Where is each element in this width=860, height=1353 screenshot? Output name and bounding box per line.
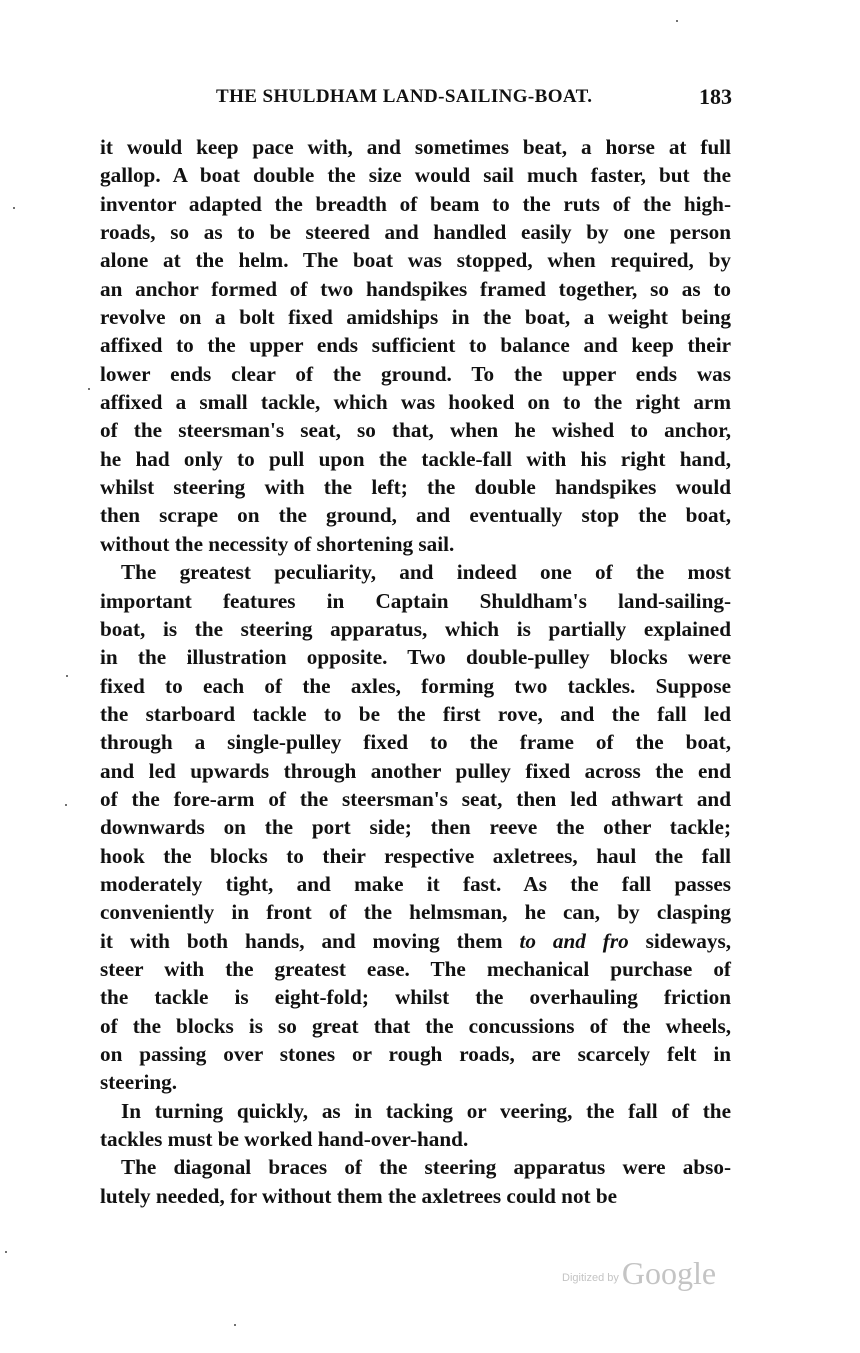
text-line: boat, is the steering apparatus, which i… xyxy=(100,615,731,643)
paragraph: The diagonal braces of the steering appa… xyxy=(100,1153,731,1210)
text-run: sideways, xyxy=(629,929,731,953)
text-line: whilst steering with the left; the doubl… xyxy=(100,473,731,501)
scan-speck xyxy=(234,1324,236,1326)
text-line: important features in Captain Shuldham's… xyxy=(100,587,731,615)
text-line: In turning quickly, as in tacking or vee… xyxy=(100,1097,731,1125)
scan-speck xyxy=(5,1251,7,1253)
text-run: it with both hands, and moving them xyxy=(100,929,519,953)
italic-text-run: to and fro xyxy=(519,929,628,953)
text-line: tackles must be worked hand-over-hand. xyxy=(100,1125,731,1153)
running-title: THE SHULDHAM LAND-SAILING-BOAT. xyxy=(216,86,592,108)
book-page: THE SHULDHAM LAND-SAILING-BOAT. 183 it w… xyxy=(0,0,860,1353)
digitized-by-google-watermark: Digitized byGoogle xyxy=(562,1255,716,1292)
text-line: The diagonal braces of the steering appa… xyxy=(100,1153,731,1181)
text-line: steering. xyxy=(100,1068,731,1096)
text-line: an anchor formed of two handspikes frame… xyxy=(100,275,731,303)
text-line: downwards on the port side; then reeve t… xyxy=(100,813,731,841)
body-text: it would keep pace with, and sometimes b… xyxy=(100,133,731,1210)
text-line: lutely needed, for without them the axle… xyxy=(100,1182,731,1210)
paragraph: The greatest peculiarity, and indeed one… xyxy=(100,558,731,1097)
text-line: steer with the greatest ease. The mechan… xyxy=(100,955,731,983)
google-logo-text: Google xyxy=(622,1255,716,1291)
text-line: it would keep pace with, and sometimes b… xyxy=(100,133,731,161)
text-line: then scrape on the ground, and eventuall… xyxy=(100,501,731,529)
text-line: of the fore-arm of the steersman's seat,… xyxy=(100,785,731,813)
text-line: in the illustration opposite. Two double… xyxy=(100,643,731,671)
text-line: of the blocks is so great that the concu… xyxy=(100,1012,731,1040)
paragraph: it would keep pace with, and sometimes b… xyxy=(100,133,731,558)
scan-speck xyxy=(13,207,15,209)
text-line: on passing over stones or rough roads, a… xyxy=(100,1040,731,1068)
scan-speck xyxy=(88,388,90,390)
text-line: roads, so as to be steered and handled e… xyxy=(100,218,731,246)
text-line: it with both hands, and moving them to a… xyxy=(100,927,731,955)
text-line: and led upwards through another pulley f… xyxy=(100,757,731,785)
text-line: alone at the helm. The boat was stopped,… xyxy=(100,246,731,274)
text-line: lower ends clear of the ground. To the u… xyxy=(100,360,731,388)
text-line: the starboard tackle to be the first rov… xyxy=(100,700,731,728)
page-number: 183 xyxy=(699,84,732,110)
text-line: of the steersman's seat, so that, when h… xyxy=(100,416,731,444)
text-line: revolve on a bolt fixed amidships in the… xyxy=(100,303,731,331)
scan-speck xyxy=(676,20,678,22)
text-line: inventor adapted the breadth of beam to … xyxy=(100,190,731,218)
text-line: gallop. A boat double the size would sai… xyxy=(100,161,731,189)
text-line: without the necessity of shortening sail… xyxy=(100,530,731,558)
text-line: conveniently in front of the helmsman, h… xyxy=(100,898,731,926)
text-line: through a single-pulley fixed to the fra… xyxy=(100,728,731,756)
text-line: fixed to each of the axles, forming two … xyxy=(100,672,731,700)
scan-speck xyxy=(66,675,68,677)
text-line: moderately tight, and make it fast. As t… xyxy=(100,870,731,898)
text-line: the tackle is eight-fold; whilst the ove… xyxy=(100,983,731,1011)
text-line: he had only to pull upon the tackle-fall… xyxy=(100,445,731,473)
running-head: THE SHULDHAM LAND-SAILING-BOAT. 183 xyxy=(100,84,732,114)
text-line: hook the blocks to their respective axle… xyxy=(100,842,731,870)
text-line: The greatest peculiarity, and indeed one… xyxy=(100,558,731,586)
watermark-small-text: Digitized by xyxy=(562,1272,619,1284)
text-line: affixed a small tackle, which was hooked… xyxy=(100,388,731,416)
text-line: affixed to the upper ends sufficient to … xyxy=(100,331,731,359)
paragraph: In turning quickly, as in tacking or vee… xyxy=(100,1097,731,1154)
scan-speck xyxy=(65,804,67,806)
